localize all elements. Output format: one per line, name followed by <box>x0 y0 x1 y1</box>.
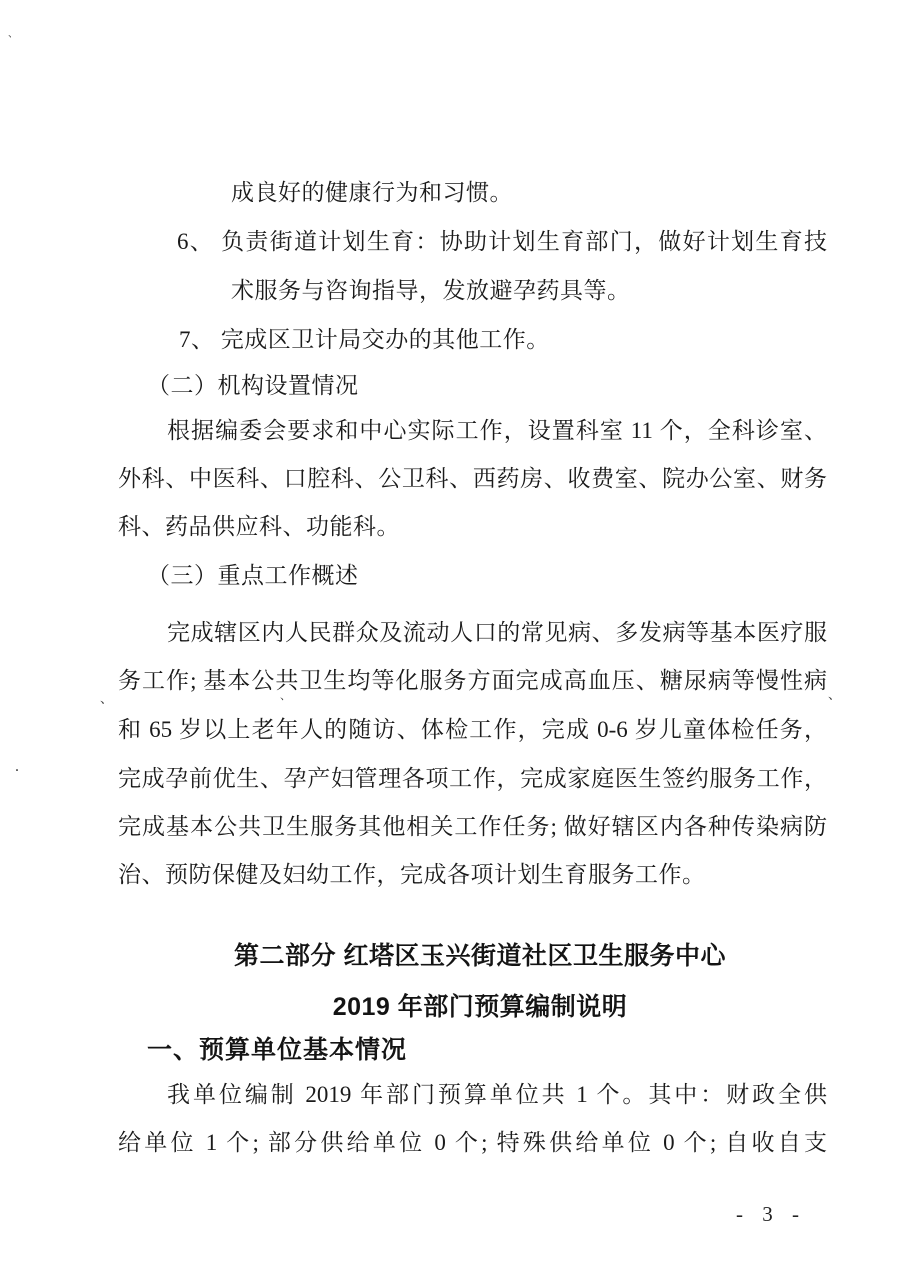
list-item-6-line-2: 术服务与咨询指导，发放避孕药具等。 <box>231 276 631 306</box>
part2-title-line-2: 2019 年部门预算编制说明 <box>115 991 845 1023</box>
part2-section-1-heading: 一、预算单位基本情况 <box>147 1034 407 1066</box>
list-item-6-line-1: 6、 负责街道计划生育：协助计划生育部门，做好计划生育技 <box>177 227 827 257</box>
budget-paragraph-line-2: 给单位 1 个; 部分供给单位 0 个; 特殊供给单位 0 个; 自收自支 <box>118 1128 827 1158</box>
page-number: - 3 - <box>736 1202 806 1227</box>
work-paragraph-line-4: 完成孕前优生、孕产妇管理各项工作，完成家庭医生签约服务工作， <box>118 764 827 794</box>
body-line-continuation: 成良好的健康行为和习惯。 <box>231 178 513 208</box>
work-paragraph-line-3: 和 65 岁以上老年人的随访、体检工作，完成 0-6 岁儿童体检任务， <box>118 715 827 745</box>
document-page: 成良好的健康行为和习惯。 6、 负责街道计划生育：协助计划生育部门，做好计划生育… <box>0 0 910 1287</box>
scan-artifact: 、 <box>280 690 291 703</box>
scan-artifact: 、 <box>8 28 18 41</box>
org-paragraph-line-1: 根据编委会要求和中心实际工作，设置科室 11 个，全科诊室、 <box>167 416 827 446</box>
work-paragraph-line-2: 务工作; 基本公共卫生均等化服务方面完成高血压、糖尿病等慢性病 <box>118 666 827 696</box>
org-paragraph-line-2: 外科、中医科、口腔科、公卫科、西药房、收费室、院办公室、财务 <box>118 464 827 494</box>
work-paragraph-line-6: 治、预防保健及妇幼工作，完成各项计划生育服务工作。 <box>118 860 706 890</box>
work-paragraph-line-1: 完成辖区内人民群众及流动人口的常见病、多发病等基本医疗服 <box>167 618 827 648</box>
scan-artifact: 、 <box>828 688 841 701</box>
part2-title-line-1: 第二部分 红塔区玉兴街道社区卫生服务中心 <box>115 940 845 972</box>
section-heading-3: （三）重点工作概述 <box>147 561 359 591</box>
org-paragraph-line-3: 科、药品供应科、功能科。 <box>118 512 400 542</box>
list-item-7: 7、 完成区卫计局交办的其他工作。 <box>179 325 550 355</box>
budget-paragraph-line-1: 我单位编制 2019 年部门预算单位共 1 个。其中：财政全供 <box>167 1080 827 1110</box>
section-heading-2: （二）机构设置情况 <box>147 371 359 401</box>
scan-artifact: 、 <box>100 692 113 705</box>
scan-artifact: . <box>15 760 19 773</box>
work-paragraph-line-5: 完成基本公共卫生服务其他相关工作任务; 做好辖区内各种传染病防 <box>118 812 827 842</box>
